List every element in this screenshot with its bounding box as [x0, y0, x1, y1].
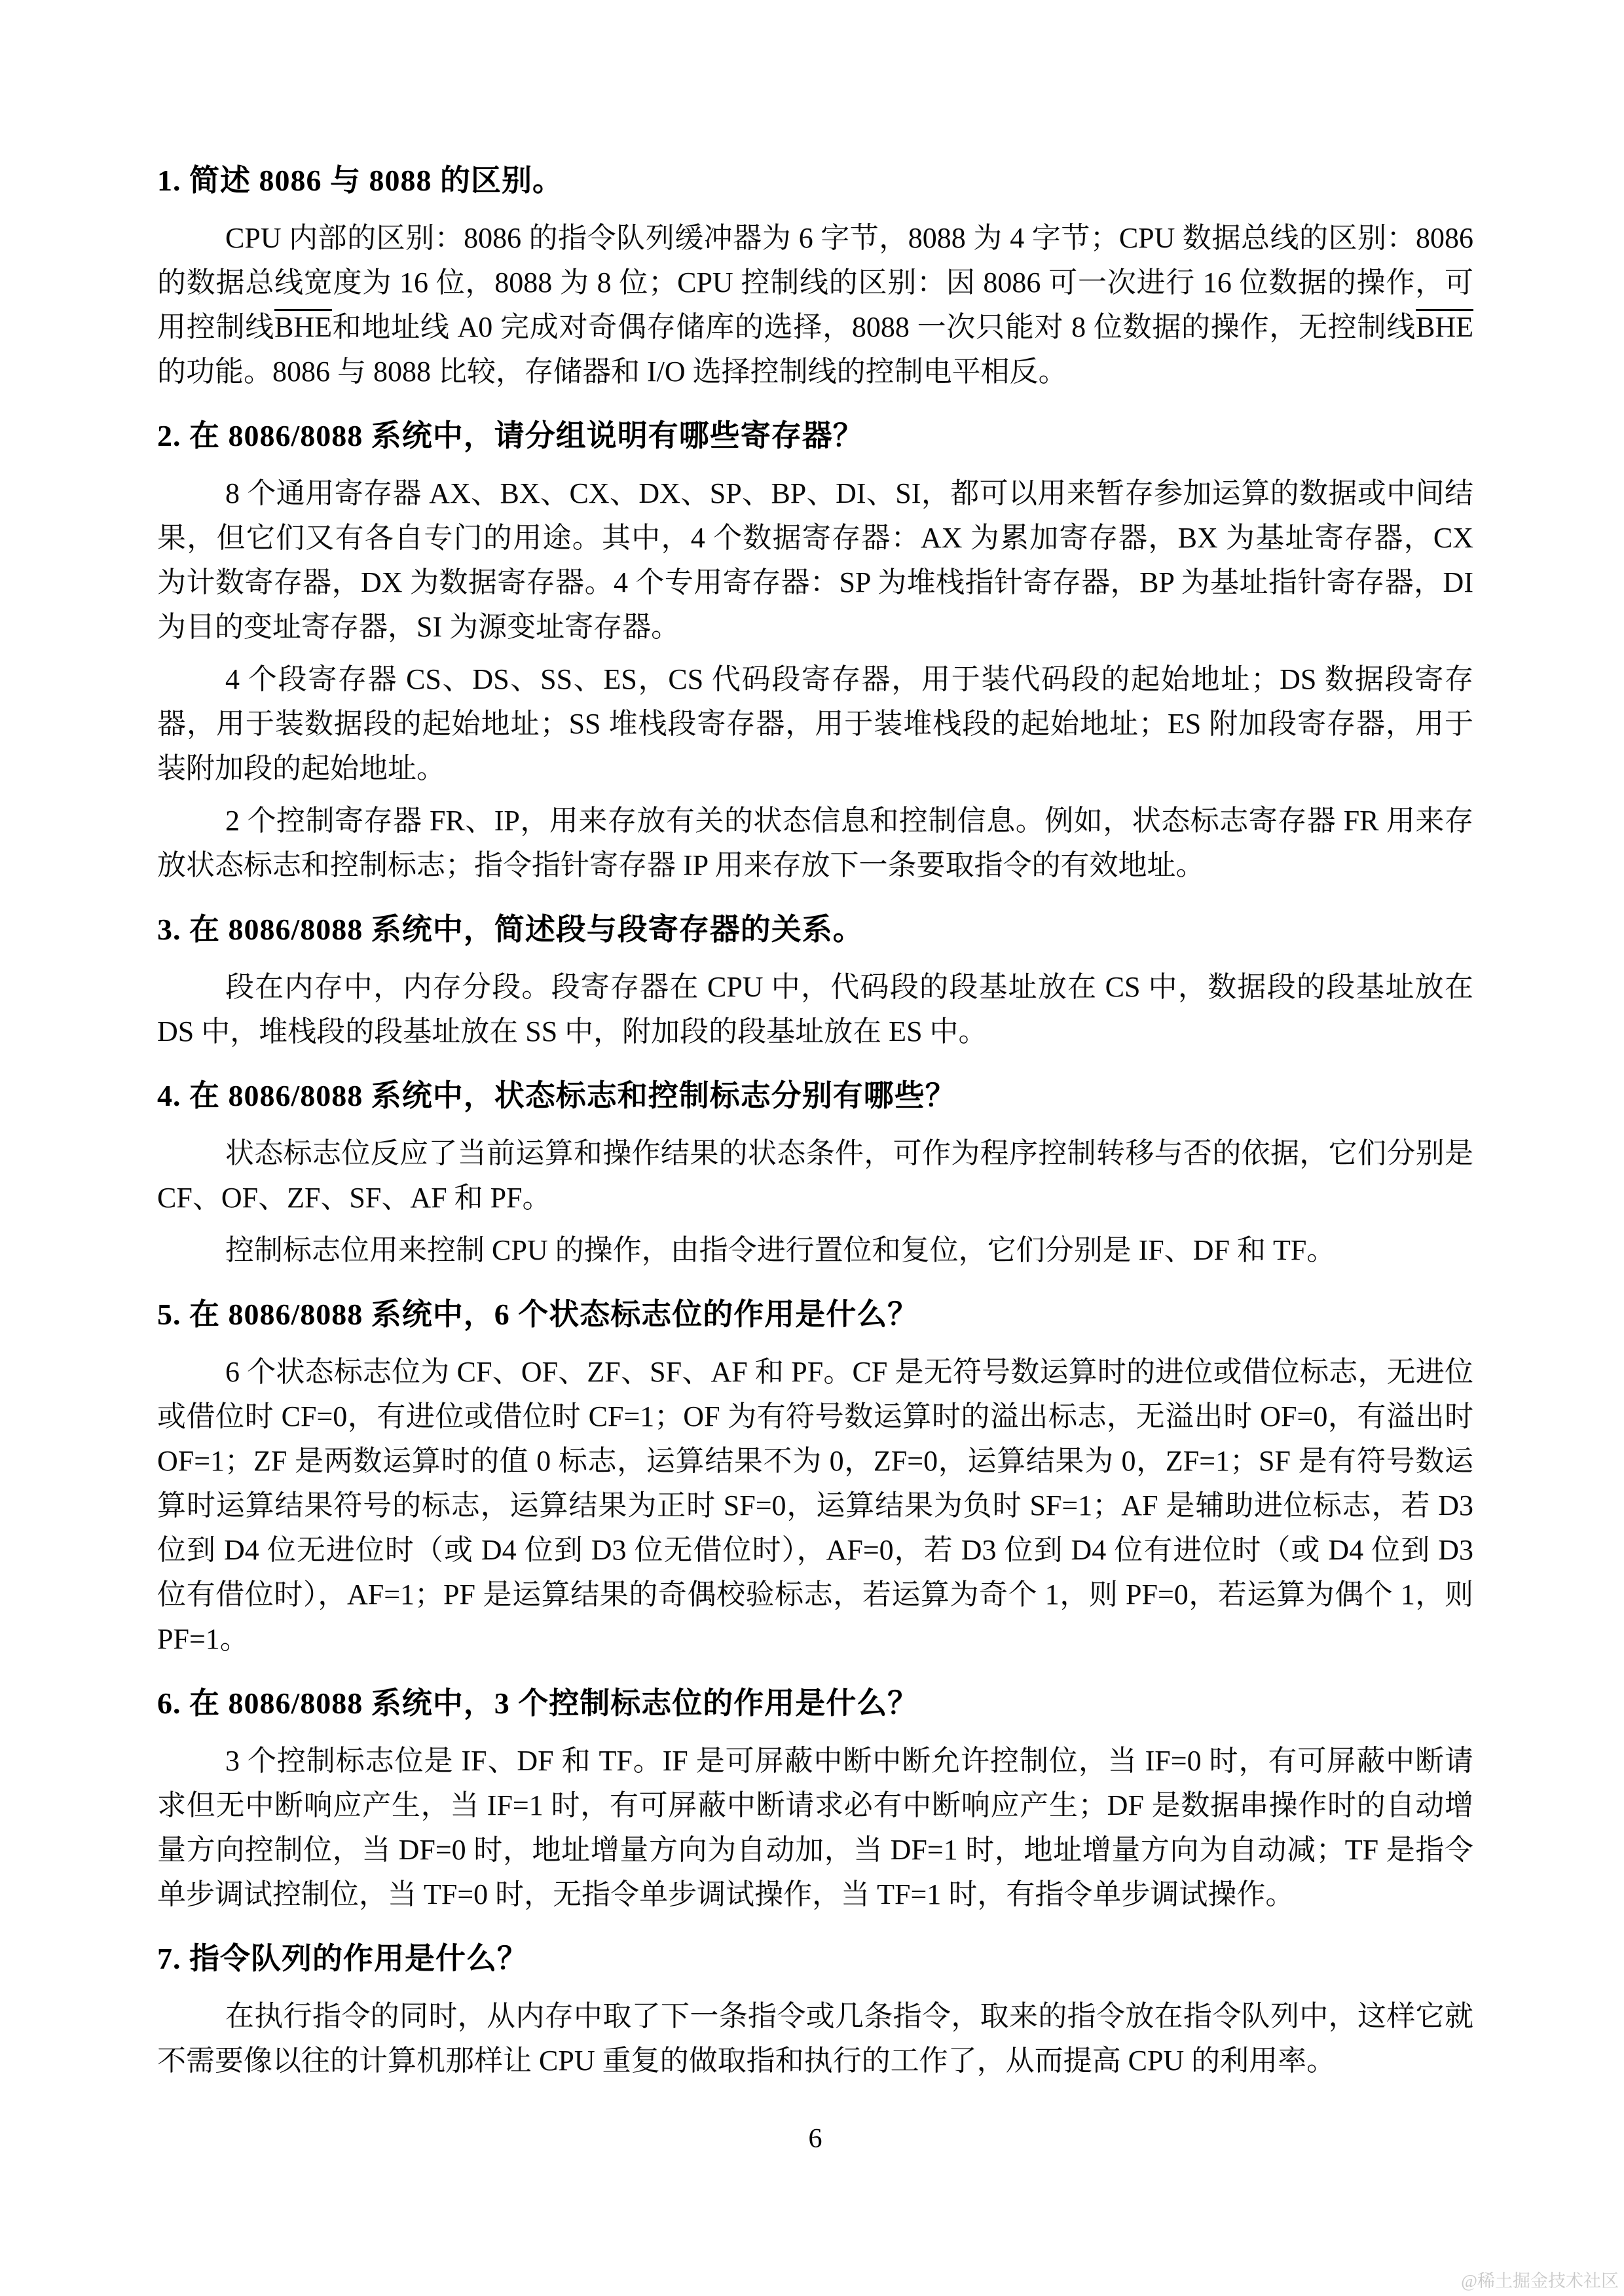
- text-run: 和地址线 A0 完成对奇偶存储库的选择，8088 一次只能对 8 位数据的操作，…: [332, 311, 1416, 343]
- section-question-1: 1. 简述 8086 与 8088 的区别。 CPU 内部的区别：8086 的指…: [157, 162, 1473, 394]
- question-3-heading: 3. 在 8086/8088 系统中，简述段与段寄存器的关系。: [157, 911, 1473, 948]
- question-7-heading: 7. 指令队列的作用是什么？: [157, 1941, 1473, 1977]
- section-question-4: 4. 在 8086/8088 系统中，状态标志和控制标志分别有哪些？ 状态标志位…: [157, 1078, 1473, 1273]
- question-2-answer-paragraph-3: 2 个控制寄存器 FR、IP，用来存放有关的状态信息和控制信息。例如，状态标志寄…: [157, 799, 1473, 888]
- question-2-answer-paragraph-1: 8 个通用寄存器 AX、BX、CX、DX、SP、BP、DI、SI，都可以用来暂存…: [157, 471, 1473, 649]
- section-question-6: 6. 在 8086/8088 系统中，3 个控制标志位的作用是什么？ 3 个控制…: [157, 1685, 1473, 1917]
- question-5-answer-paragraph-1: 6 个状态标志位为 CF、OF、ZF、SF、AF 和 PF。CF 是无符号数运算…: [157, 1350, 1473, 1662]
- question-5-heading: 5. 在 8086/8088 系统中，6 个状态标志位的作用是什么？: [157, 1296, 1473, 1333]
- watermark: @稀土掘金技术社区: [1461, 2271, 1619, 2291]
- page-content: 1. 简述 8086 与 8088 的区别。 CPU 内部的区别：8086 的指…: [0, 0, 1624, 2155]
- section-question-3: 3. 在 8086/8088 系统中，简述段与段寄存器的关系。 段在内存中，内存…: [157, 911, 1473, 1054]
- question-1-answer-paragraph-1: CPU 内部的区别：8086 的指令队列缓冲器为 6 字节，8088 为 4 字…: [157, 216, 1473, 394]
- text-run: 的功能。8086 与 8088 比较，存储器和 I/O 选择控制线的控制电平相反…: [157, 355, 1067, 388]
- overlined-signal-name: BHE: [1416, 311, 1473, 343]
- question-6-answer-paragraph-1: 3 个控制标志位是 IF、DF 和 TF。IF 是可屏蔽中断中断允许控制位，当 …: [157, 1739, 1473, 1917]
- question-4-answer-paragraph-2: 控制标志位用来控制 CPU 的操作，由指令进行置位和复位，它们分别是 IF、DF…: [157, 1228, 1473, 1273]
- document-page: { "page": { "number": "6", "watermark": …: [0, 0, 1624, 2296]
- question-1-heading: 1. 简述 8086 与 8088 的区别。: [157, 162, 1473, 199]
- question-4-answer-paragraph-1: 状态标志位反应了当前运算和操作结果的状态条件，可作为程序控制转移与否的依据，它们…: [157, 1131, 1473, 1220]
- overlined-signal-name: BHE: [274, 311, 332, 343]
- page-number: 6: [157, 2123, 1473, 2155]
- question-2-answer-paragraph-2: 4 个段寄存器 CS、DS、SS、ES，CS 代码段寄存器，用于装代码段的起始地…: [157, 657, 1473, 791]
- question-7-answer-paragraph-1: 在执行指令的同时，从内存中取了下一条指令或几条指令，取来的指令放在指令队列中，这…: [157, 1994, 1473, 2083]
- question-2-heading: 2. 在 8086/8088 系统中，请分组说明有哪些寄存器？: [157, 418, 1473, 454]
- question-6-heading: 6. 在 8086/8088 系统中，3 个控制标志位的作用是什么？: [157, 1685, 1473, 1722]
- question-3-answer-paragraph-1: 段在内存中，内存分段。段寄存器在 CPU 中，代码段的段基址放在 CS 中，数据…: [157, 965, 1473, 1054]
- question-4-heading: 4. 在 8086/8088 系统中，状态标志和控制标志分别有哪些？: [157, 1078, 1473, 1114]
- section-question-7: 7. 指令队列的作用是什么？ 在执行指令的同时，从内存中取了下一条指令或几条指令…: [157, 1941, 1473, 2083]
- section-question-5: 5. 在 8086/8088 系统中，6 个状态标志位的作用是什么？ 6 个状态…: [157, 1296, 1473, 1662]
- section-question-2: 2. 在 8086/8088 系统中，请分组说明有哪些寄存器？ 8 个通用寄存器…: [157, 418, 1473, 888]
